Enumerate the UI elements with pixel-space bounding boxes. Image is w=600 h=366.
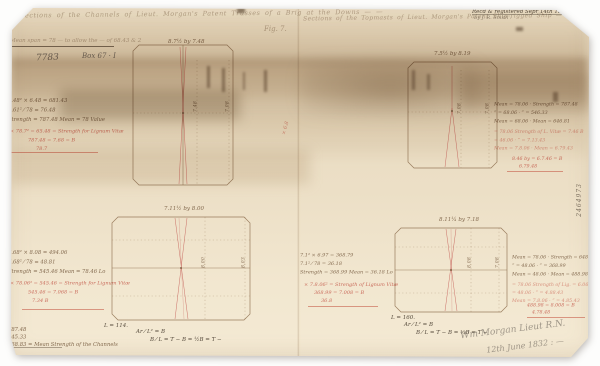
calc-top-right-brown: Mean = 78.06 · Strength = 787.48 ” = 68.… (494, 100, 599, 126)
paper-shadow: Sections of the Channels of Lieut. Morga… (0, 0, 600, 366)
calc-bottom-right-right-brown: Mean = 78.06 · Strength = 648.99 ” = 48.… (512, 253, 600, 279)
red-rule (507, 171, 563, 172)
calc-line: Strength = 368.99 Mean = 36.18 Lo (300, 268, 410, 277)
calc-line: Mean = 78.06 · Strength = 648.99 (512, 253, 600, 262)
dim-bottom-right-edge: 7.08 (495, 257, 500, 268)
length-note-left: L = 114. (104, 322, 128, 329)
section-label-bottom-left: 7.11½ by 8.00 (164, 205, 204, 212)
calc-line: 7.48² × 6.48 = 681.43 (8, 96, 138, 106)
dim-bottom-left-center: 8.00 (201, 257, 206, 268)
dim-bottom-left-edge: 8.03 (241, 257, 246, 268)
calc-line: × 7.8.06² = Strength of Lignum Vitæ (304, 281, 414, 289)
calc-line: ” = 48.06 · ” = 368.99 (512, 262, 600, 271)
section-label-top-left: 8.7½ by 7.48 (168, 38, 204, 45)
dim-bottom-right-center: 8.08 (467, 257, 472, 268)
calc-line: Mean = 68.06 · Mean = 646.81 (494, 117, 599, 126)
calc-top-right-red2: 8.46 by = 6.7.46 = B 6.79.48 (512, 155, 592, 170)
calc-line: Mean = 7.8.06 · Mean = 6.79.43 (494, 145, 599, 153)
red-rule (308, 306, 378, 307)
red-rule (22, 309, 104, 310)
calc-line: 8.46 by = 6.7.46 = B (512, 155, 592, 163)
figure-label: Fig. 7. (264, 25, 287, 33)
calc-line: = 78.06 Strength of Lig. = 6.06.4 (512, 281, 600, 289)
calc-line: ” = 68.06 · ” = 546.33 (494, 109, 599, 118)
section-outlines (112, 45, 507, 320)
calc-line: 7.1² × 6.97 = 368.79 (300, 251, 410, 260)
section-label-top-right: 7.5½ by 8.19 (434, 50, 470, 57)
section-label-bottom-right: 8.11¼ by 7.18 (439, 216, 479, 223)
formula-left-1: Ar ⁄ L² = B (136, 328, 165, 335)
calc-top-left-brown: 7.48² × 6.48 = 681.43 8.61² ⁄ 78 = 76.48… (8, 96, 138, 125)
calc-line: Strength = 545.46 Mean = 78.46 Lo (8, 267, 138, 277)
calc-line: × 78.7² = 65.48 = Strength for Lignum Vi… (10, 127, 140, 136)
pencil-box-number: Box 67 · I (82, 52, 116, 60)
dim-top-right-edge: 7.08 (485, 103, 490, 114)
dim-top-left-edge: 7.08 (225, 101, 230, 112)
red-rule (527, 317, 585, 318)
calc-top-left-red: × 78.7² = 65.48 = Strength for Lignum Vi… (10, 127, 140, 153)
calc-line: 545.46 = 7.068 = B (10, 288, 140, 297)
margin-note: Mean span = 78 — to allow the — of 68.43… (10, 37, 141, 44)
formula-left-2: B ⁄ L = T − B = ½B = T − (150, 336, 222, 343)
red-taper-lines (175, 47, 459, 319)
red-rule (10, 152, 98, 153)
calc-line: = 78.06 Strength of L. Vitæ = 7.46 B (494, 128, 599, 136)
calc-line: 7.34 B (10, 297, 140, 306)
center-lines (112, 45, 507, 270)
calc-bottom-right-left-brown: 7.1² × 6.97 = 368.79 7.1² ⁄ 78 = 36.18 S… (300, 251, 410, 277)
section-outline-top-right (408, 62, 497, 168)
calc-line: 8.61² ⁄ 78 = 76.48 (8, 106, 138, 116)
calc-line: 7.1² ⁄ 78 = 36.18 (300, 260, 410, 269)
totals-underline (8, 347, 62, 348)
calc-bottom-left-brown: 7.68² × 8.08 = 494.06 7.68² ⁄ 78 = 48.81… (8, 248, 138, 277)
calc-line: = 48.06 · ” = 4.88.43 (512, 289, 600, 297)
calc-bottom-left-red: × 78.06² = 545.46 = Strength for Lignum … (10, 279, 140, 305)
dim-top-right-center: 7.08 (457, 103, 462, 114)
center-dots (180, 110, 453, 271)
calc-line: 36.8 (304, 297, 414, 305)
calc-line: 488.98 = 8.008 = B (527, 302, 600, 309)
received-note-line2: by J. R. Smith : (474, 15, 512, 21)
calc-line: = 46.06 · ” = 7.13.43 (494, 136, 599, 144)
calc-line: Mean = 78.06 · Strength = 787.48 (494, 100, 599, 109)
calc-line: 6.79.48 (512, 163, 592, 171)
calc-line: 7.68² ⁄ 78 = 48.81 (8, 258, 138, 268)
calc-line: 787.48 = 7.68 = B (10, 136, 140, 145)
margin-note-rule (12, 46, 114, 47)
received-note: Recd & registered Sepr 14th 1832 (472, 8, 568, 15)
calc-line: 368.99 = 7.008 = B (304, 289, 414, 297)
pencil-inventory-number: 7783 (36, 53, 59, 64)
total-line: 545.33 (8, 334, 168, 342)
calc-bottom-right-left-red: × 7.8.06² = Strength of Lignum Vitæ 368.… (304, 281, 414, 305)
formula-right-1: Ar ⁄ L² = B (404, 321, 433, 328)
length-note-right: L = 160. (391, 314, 415, 321)
catalog-number-vertical: 2464973 (576, 183, 583, 217)
calc-line: Strength = 787.48 Mean = 78 Value (8, 115, 138, 125)
paper-sheet: Sections of the Channels of Lieut. Morga… (0, 0, 600, 366)
calc-line: 7.68² × 8.08 = 494.06 (8, 248, 138, 258)
calc-bottom-right-right-red2: 488.98 = 8.008 = B 4.78.48 (527, 302, 600, 316)
calc-line: 4.78.48 (527, 309, 600, 316)
calc-top-right-red: = 78.06 Strength of L. Vitæ = 7.46 B = 4… (494, 128, 599, 153)
dim-top-left-center: 7.48 (193, 101, 198, 112)
calc-line: × 78.06² = 545.46 = Strength for Lignum … (10, 279, 140, 288)
calc-line: Mean = 48.06 · Mean = 488.98 (512, 270, 600, 279)
scanned-drawing-page: Sections of the Channels of Lieut. Morga… (0, 0, 600, 366)
